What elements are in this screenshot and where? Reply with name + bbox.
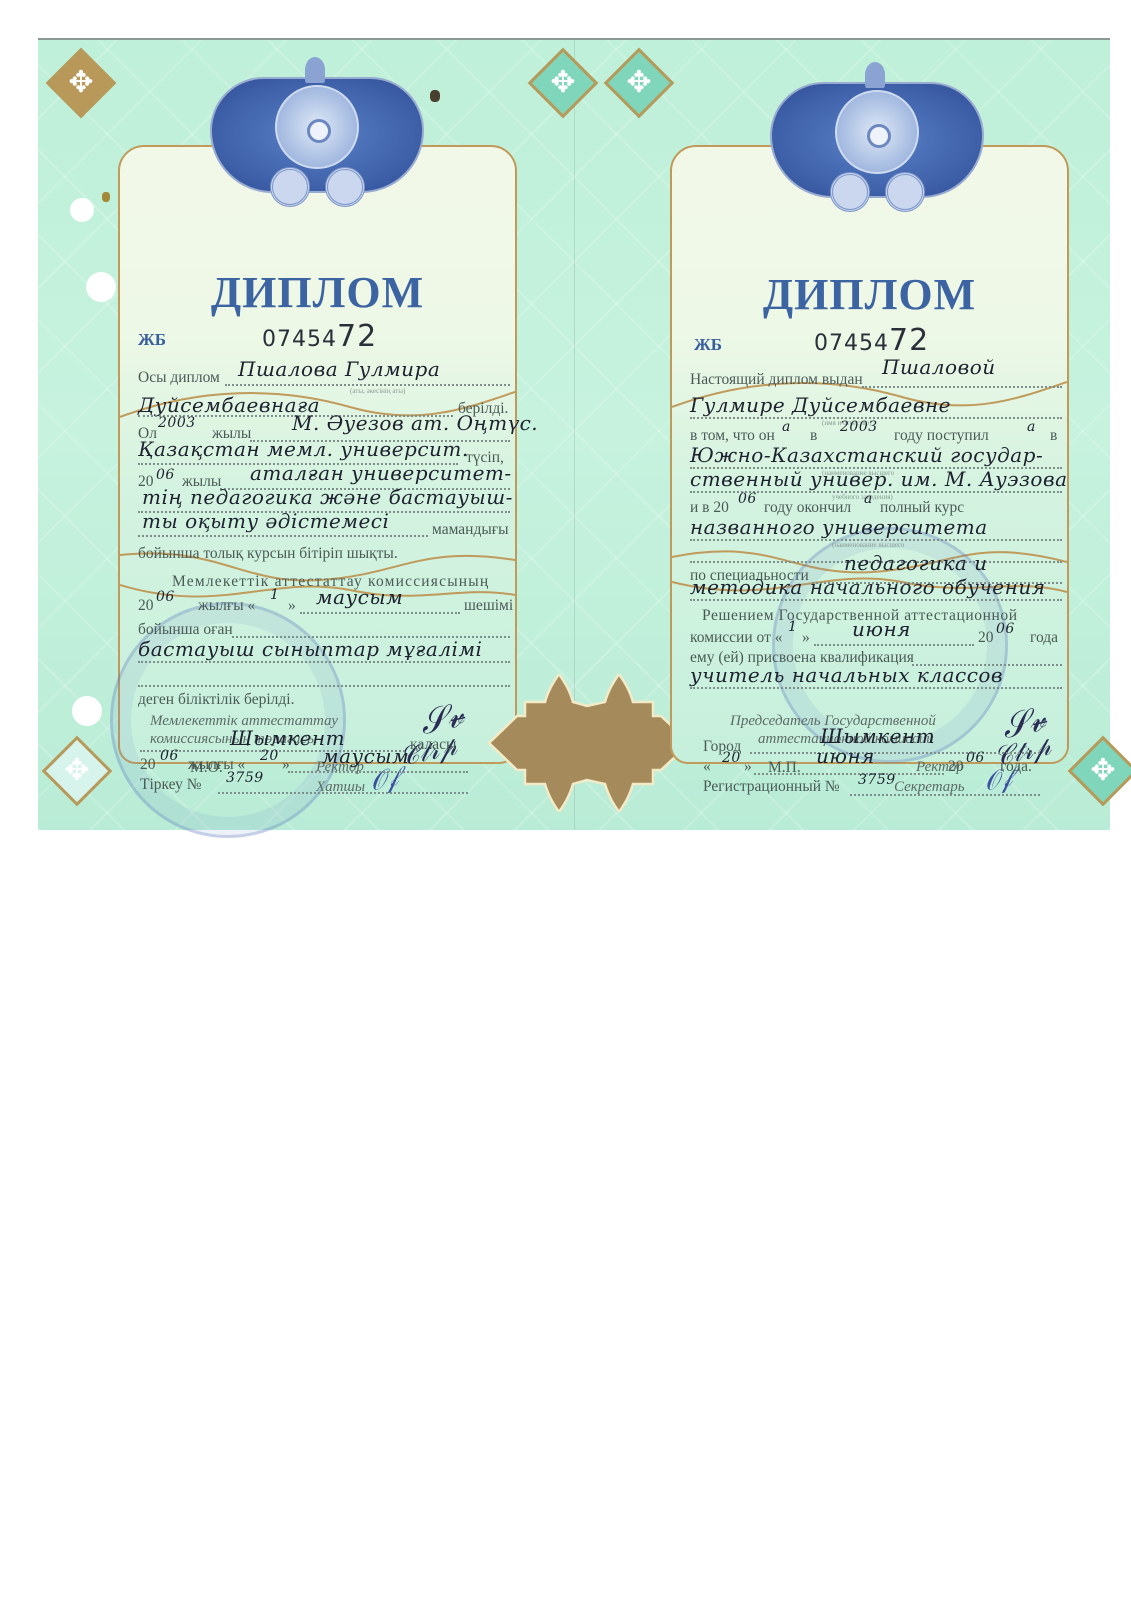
commission-month: июня (852, 617, 911, 641)
issue-day: 20 (722, 750, 741, 766)
recipient-surname-name: Пшалова Гулмира (238, 357, 440, 381)
graduation-year: 06 (738, 491, 757, 507)
state-emblem (200, 57, 430, 207)
issue-year: 06 (966, 750, 985, 766)
corner-ornament-icon (46, 48, 117, 119)
corner-ornament-icon (42, 736, 113, 807)
issue-day: 20 (260, 748, 279, 764)
stain-mark (102, 192, 110, 202)
static-text: года. (1000, 758, 1032, 776)
fill-line (288, 771, 468, 773)
recipient-label: Осы диплом (138, 369, 220, 387)
fill-line (138, 535, 428, 537)
gender-suffix: а (1027, 419, 1036, 435)
university-reference: названного университета (690, 515, 988, 539)
registration-number: 3759 (226, 770, 264, 786)
fill-line (690, 687, 1062, 689)
static-text: 20 (138, 597, 154, 615)
emblem-icon (275, 85, 359, 169)
registration-label: Регистрационный № (703, 778, 840, 796)
qualification: бастауыш сыныптар мұғалімі (138, 637, 482, 661)
static-text: года (1030, 629, 1058, 647)
fill-line (300, 612, 460, 614)
commission-year: 06 (996, 621, 1015, 637)
commission-day: 1 (270, 587, 279, 603)
corner-ornament-icon (1068, 736, 1131, 807)
registration-label: Тіркеу № (140, 776, 202, 794)
static-text: » (288, 597, 296, 615)
diploma-sheet: ДИПЛОМ ЖБ 0745472 Осы диплом Пшалова Гул… (38, 38, 1110, 830)
recipient-label: Настоящий диплом выдан (690, 371, 863, 389)
issue-month: июня (816, 744, 875, 768)
university-name-line1: Южно-Казахстанский государ- (690, 443, 1043, 467)
university-name-line1: М. Әуезов ат. Оңтүс. (292, 411, 538, 435)
static-text: мамандығы (432, 521, 509, 539)
static-text: » (744, 758, 752, 776)
commission-year: 06 (156, 589, 175, 605)
fill-line (225, 384, 510, 386)
punch-hole (70, 198, 94, 222)
specialty-line1: педагогика и (844, 551, 988, 575)
fill-line (814, 644, 974, 646)
recipient-surname: Пшаловой (882, 355, 996, 379)
specialty-line1: аталған университет- (250, 461, 512, 485)
fill-line (218, 792, 468, 794)
static-text: жылғы « (198, 597, 255, 615)
corner-ornament-icon (604, 48, 675, 119)
static-text: бойынша толық курсын бітіріп шықты. (138, 545, 398, 563)
static-text: в (1050, 427, 1057, 445)
emblem-icon (835, 90, 919, 174)
diploma-title: ДИПЛОМ (672, 269, 1067, 320)
admission-year: 2003 (840, 419, 878, 435)
fill-line (850, 794, 1040, 796)
gender-suffix: а (864, 491, 873, 507)
fill-line-hint: (аты, әкесінің аты) (350, 387, 405, 395)
static-text: « (703, 758, 711, 776)
stain-mark (430, 90, 440, 102)
center-ornament (487, 674, 692, 812)
qualification: учитель начальных классов (690, 663, 1003, 687)
commission-month: маусым (316, 585, 403, 609)
serial-number: 0745472 (262, 319, 377, 354)
static-text: қаласы (410, 736, 456, 754)
static-text: деген біліктілік берілді. (138, 691, 294, 709)
fill-line (862, 386, 1062, 388)
admission-year: 2003 (158, 415, 196, 431)
fill-line (690, 599, 1062, 601)
corner-ornament-icon (528, 48, 599, 119)
fill-line (138, 661, 510, 663)
fill-line-hint: (наименование высшего (832, 541, 904, 549)
diploma-title: ДИПЛОМ (120, 267, 515, 318)
commission-day: 1 (788, 619, 797, 635)
university-name-line2: Қазақстан мемл. университ. (138, 437, 469, 461)
university-name-line2: ственный универ. им. М. Ауэзова (690, 467, 1068, 491)
punch-hole (72, 696, 102, 726)
issue-month: маусым (322, 744, 409, 768)
static-text: комиссии от « (690, 629, 782, 647)
specialty-line3: ты оқыту әдістемесі (142, 509, 389, 533)
series-label: ЖБ (138, 330, 166, 350)
punch-hole (86, 272, 116, 302)
fill-line (138, 685, 510, 687)
serial-number: 0745472 (814, 323, 929, 358)
graduation-year: 06 (156, 467, 175, 483)
specialty-line2: методика начального обучения (690, 575, 1045, 599)
static-text: 20 (948, 758, 964, 776)
registration-number: 3759 (858, 772, 896, 788)
static-text: 20 (978, 629, 994, 647)
static-text: » (802, 629, 810, 647)
diploma-page-kazakh: ДИПЛОМ ЖБ 0745472 Осы диплом Пшалова Гул… (118, 145, 517, 764)
issue-year: 06 (160, 748, 179, 764)
specialty-line2: тің педагогика және бастауыш- (142, 485, 513, 509)
fill-line (754, 773, 944, 775)
gender-suffix: а (782, 419, 791, 435)
fill-line (750, 752, 1040, 754)
state-emblem (760, 62, 990, 212)
static-text: 20 (140, 756, 156, 774)
diploma-page-russian: ДИПЛОМ ЖБ 0745472 Настоящий диплом выдан… (670, 145, 1069, 764)
series-label: ЖБ (694, 335, 722, 355)
recipient-name-patronymic: Гулмире Дуйсембаевне (690, 393, 951, 417)
static-text: шешімі (464, 597, 513, 615)
